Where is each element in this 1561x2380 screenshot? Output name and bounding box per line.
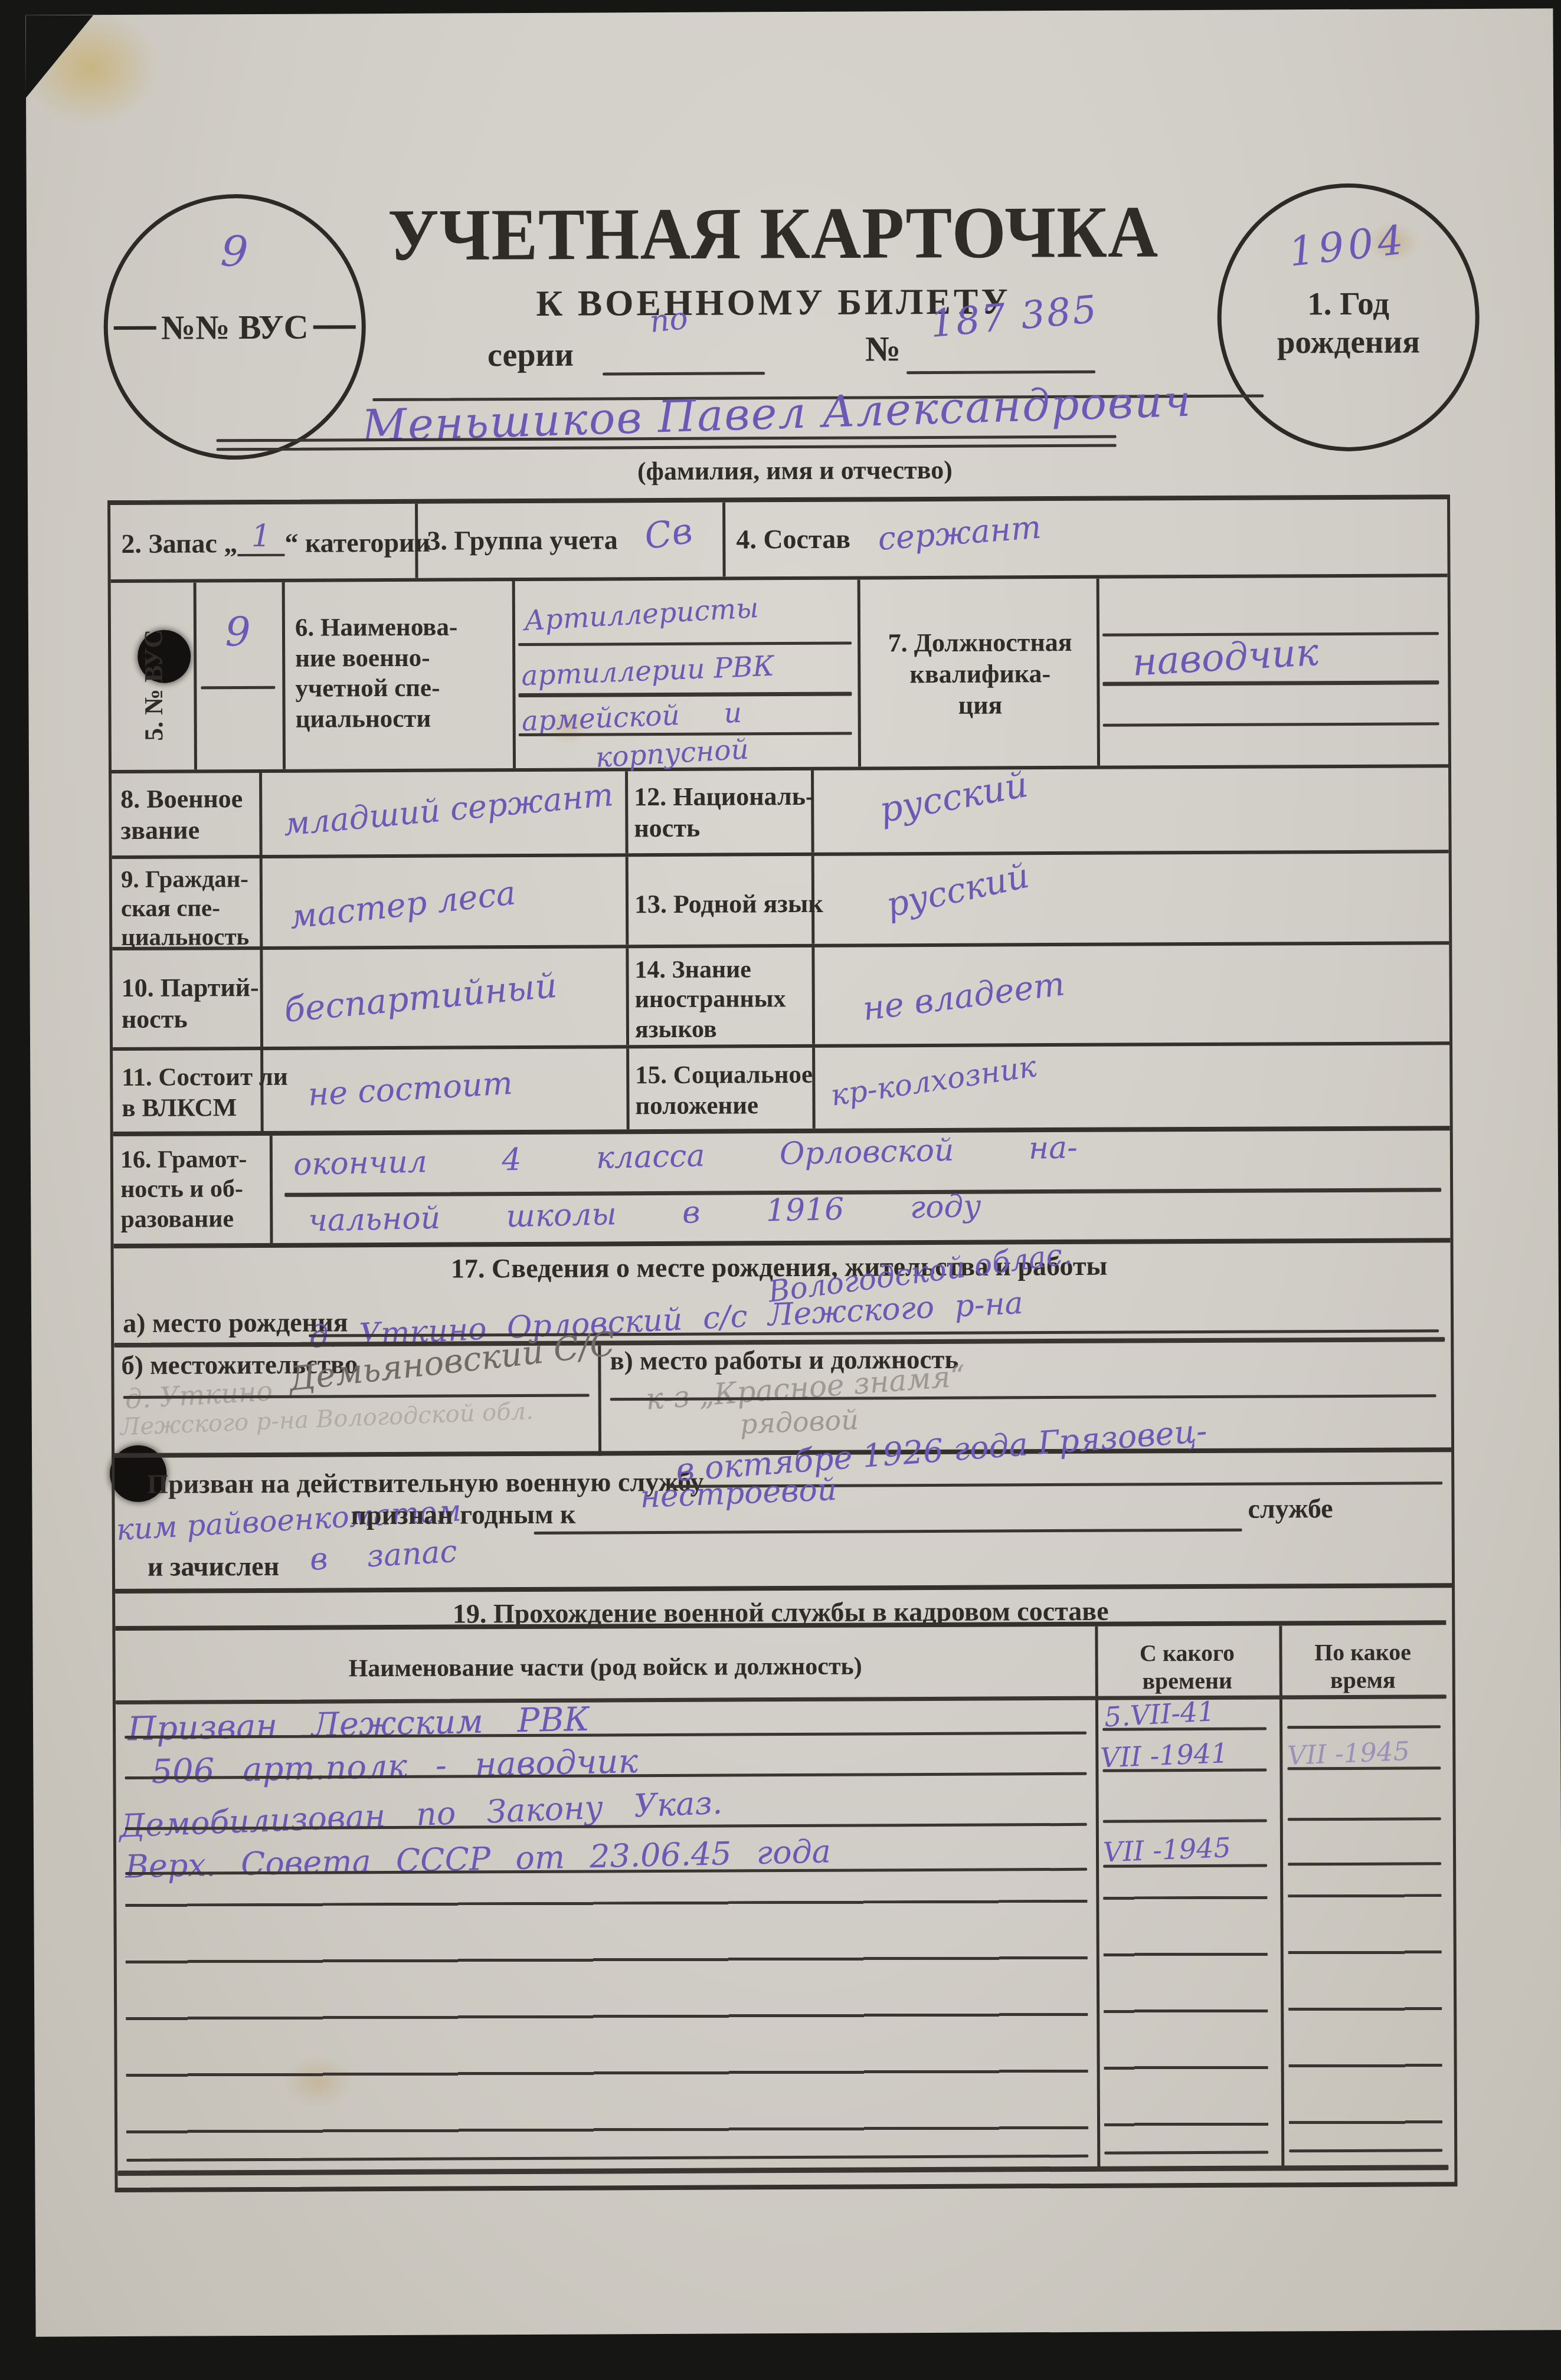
stamp-rule-right (313, 325, 355, 329)
vus-stamp-circle: 9 №№ ВУС (103, 194, 366, 460)
stamp-rule-left (114, 326, 156, 329)
divider (512, 581, 516, 768)
number-underline (907, 371, 1095, 374)
zvanie-value-handwritten: младший сержант (282, 776, 615, 843)
spec-label: 6. Наименова- ние военно- учетной спе- ц… (295, 612, 508, 735)
row-10-14: 10. Партий- ность беспартийный 14. Знани… (112, 945, 1449, 1051)
table-row-to: VII -1945 (1287, 1736, 1410, 1771)
birth-year-stamp-circle: 1904 1. Год рождения (1217, 183, 1480, 452)
divider (626, 857, 629, 945)
ruled-line (1104, 2151, 1268, 2155)
sostav-label: 4. Состав (736, 523, 850, 555)
table-bottom-border (117, 2165, 1448, 2176)
divider (722, 502, 726, 576)
zvanie-label: 8. Военное звание (120, 784, 243, 846)
yazyk-label: 13. Родной язык (634, 889, 823, 919)
inostr-label: 14. Знание иностранных языков (634, 955, 786, 1044)
gruppa-value-handwritten: Св (642, 510, 695, 558)
table-row-name: 506 арт.полк - наводчик (151, 1742, 639, 1791)
name-caption: (фамилия, имя и отчество) (588, 454, 1002, 486)
number-sign: № (865, 329, 901, 369)
field-2-zapas: 2. Запас „1“ категории (121, 524, 430, 563)
table-row-name: Верх. Совета СССР от 23.06.45 года (125, 1832, 832, 1885)
divider (625, 771, 629, 853)
vus-stamp-label: №№ ВУС (156, 307, 313, 348)
row-9-13: 9. Граждан- ская спе- циальность мастер … (112, 853, 1449, 950)
birth-year-label: 1. Год рождения (1221, 284, 1475, 362)
vus-number-label-vertical: 5. № ВУС (138, 591, 169, 779)
row-11-15: 11. Состоит ли в ВЛКСМ не состоит 15. Со… (113, 1045, 1450, 1136)
series-label: серии (487, 336, 574, 375)
grazhd-value-handwritten: мастер леса (288, 874, 518, 936)
ruled-line (1102, 1727, 1267, 1731)
series-underline (603, 372, 765, 375)
form-grid: 2. Запас „1“ категории 3. Группа учета С… (107, 494, 1457, 2192)
table-col-from-header: С какого времени (1095, 1638, 1279, 1695)
gruppa-label: 3. Группа учета (427, 524, 618, 556)
nac-value-handwritten: русский (876, 764, 1031, 831)
divider (811, 948, 815, 1044)
ruled-line (1287, 1766, 1441, 1770)
fit-for-label: признан годным к (351, 1499, 575, 1531)
service-type-handwritten: нестроевой (639, 1472, 837, 1515)
zapas-value-handwritten: 1 (237, 519, 284, 556)
vus-number-value-handwritten: 9 (199, 609, 276, 656)
divider (1279, 1625, 1284, 2167)
grazhd-label: 9. Граждан- ская спе- циальность (121, 864, 250, 952)
spec-line-1: Артиллеристы (523, 592, 760, 637)
vlksm-value-handwritten: не состоит (307, 1064, 513, 1113)
divider (259, 773, 263, 855)
ruled-line (1288, 1817, 1441, 1821)
vus-stamp-label-row: №№ ВУС (108, 307, 362, 348)
ruled-line (126, 2155, 1088, 2162)
soc-value-handwritten: кр-колхозник (829, 1049, 1039, 1113)
enrolled-value-handwritten: в запас (309, 1534, 458, 1578)
spec-line-2: артиллерии РВК (521, 650, 775, 693)
divider (626, 1048, 630, 1129)
divider (1095, 1627, 1100, 2168)
yazyk-value-handwritten: русский (882, 855, 1032, 925)
ruled-line (1103, 1820, 1267, 1823)
spec-line-3: армейской и (521, 697, 742, 738)
ruled-line (1103, 722, 1439, 726)
ruled-line (1102, 1769, 1267, 1772)
series-value-handwritten: по (648, 301, 690, 340)
card-paper-sheet: 9 №№ ВУС 1904 1. Год рождения УЧЕТНАЯ КА… (25, 8, 1561, 2336)
section-18: Призван на действительную военную службу… (114, 1452, 1452, 1594)
divider (194, 582, 197, 769)
spec-line-4: корпусной (595, 733, 750, 775)
table-col-name-header: Наименование части (род войск и должност… (116, 1651, 1095, 1684)
kval-label: 7. Должностная квалифика- ция (869, 627, 1091, 722)
gram-label: 16. Грамот- ность и об- разование (120, 1145, 247, 1234)
ruled-line (1289, 2149, 1442, 2152)
row-2-3-4: 2. Запас „1“ категории 3. Группа учета С… (110, 499, 1448, 583)
service-suffix-label: службе (1248, 1493, 1333, 1525)
position-value-handwritten: рядовой (739, 1404, 859, 1440)
row-5-6-7: 5. № ВУС 9 6. Наименова- ние военно- уче… (111, 577, 1448, 773)
empty-ruled-lines (125, 1900, 1088, 2134)
part-label: 10. Партий- ность (122, 972, 260, 1035)
vlksm-label: 11. Состоит ли в ВЛКСМ (122, 1062, 288, 1123)
table-col-to-header: По какое время (1279, 1638, 1446, 1694)
divider (270, 1136, 273, 1243)
nac-label: 12. Националь- ность (634, 781, 814, 844)
card-title: УЧЕТНАЯ КАРТОЧКА (372, 189, 1175, 278)
divider (260, 950, 263, 1047)
header-underline (116, 1694, 1447, 1704)
zapas-label-pre: 2. Запас „ (121, 528, 237, 559)
ruled-line (518, 642, 852, 646)
zapas-label-post: “ категории (284, 527, 430, 558)
table-row-name: Демобилизован по Закону Указ. (119, 1784, 723, 1845)
sostav-value-handwritten: сержант (876, 509, 1042, 558)
birth-year-handwritten: 1904 (1219, 209, 1477, 283)
service-table: Наименование части (род войск и должност… (115, 1620, 1448, 2179)
soc-label: 15. Социальное положение (635, 1060, 813, 1121)
ruled-line (201, 686, 275, 690)
ruled-line (1287, 1725, 1441, 1729)
gram-line-1-handwritten: окончил 4 класса Орловской на- (293, 1130, 1078, 1182)
divider (626, 948, 629, 1045)
kval-value-handwritten: наводчик (1131, 631, 1320, 685)
row-8-12: 8. Военное звание младший сержант 12. На… (112, 768, 1449, 859)
row-16: 16. Грамот- ность и об- разование окончи… (113, 1130, 1451, 1248)
ruled-line (518, 692, 852, 697)
inostr-value-handwritten: не владеет (860, 965, 1067, 1028)
divider (282, 582, 286, 769)
section-17: 17. Сведения о месте рождения, жительств… (114, 1243, 1452, 1458)
enrolled-label: и зачислен (148, 1550, 279, 1582)
table-row-from: VII -1945 (1102, 1831, 1232, 1868)
ruled-line (1103, 1864, 1267, 1868)
table-row-name: Призван Лежским РВК (127, 1700, 590, 1749)
ruled-line (534, 1529, 1242, 1535)
drafted-label: Призван на действительную военную службу (147, 1466, 704, 1500)
torn-corner (25, 15, 103, 104)
ruled-line (1288, 1862, 1441, 1866)
empty-ruled-lines (1103, 1896, 1268, 2127)
scanned-military-card-page: { "colors":{"paper":"#d0cdc6","backgroun… (0, 0, 1561, 2380)
vus-stamp-handwritten-number: 9 (106, 218, 363, 284)
divider (260, 858, 263, 946)
empty-ruled-lines (1288, 1894, 1442, 2125)
part-value-handwritten: беспартийный (283, 965, 559, 1030)
divider (858, 580, 861, 767)
divider (1097, 579, 1100, 766)
ruled-line (519, 732, 852, 736)
